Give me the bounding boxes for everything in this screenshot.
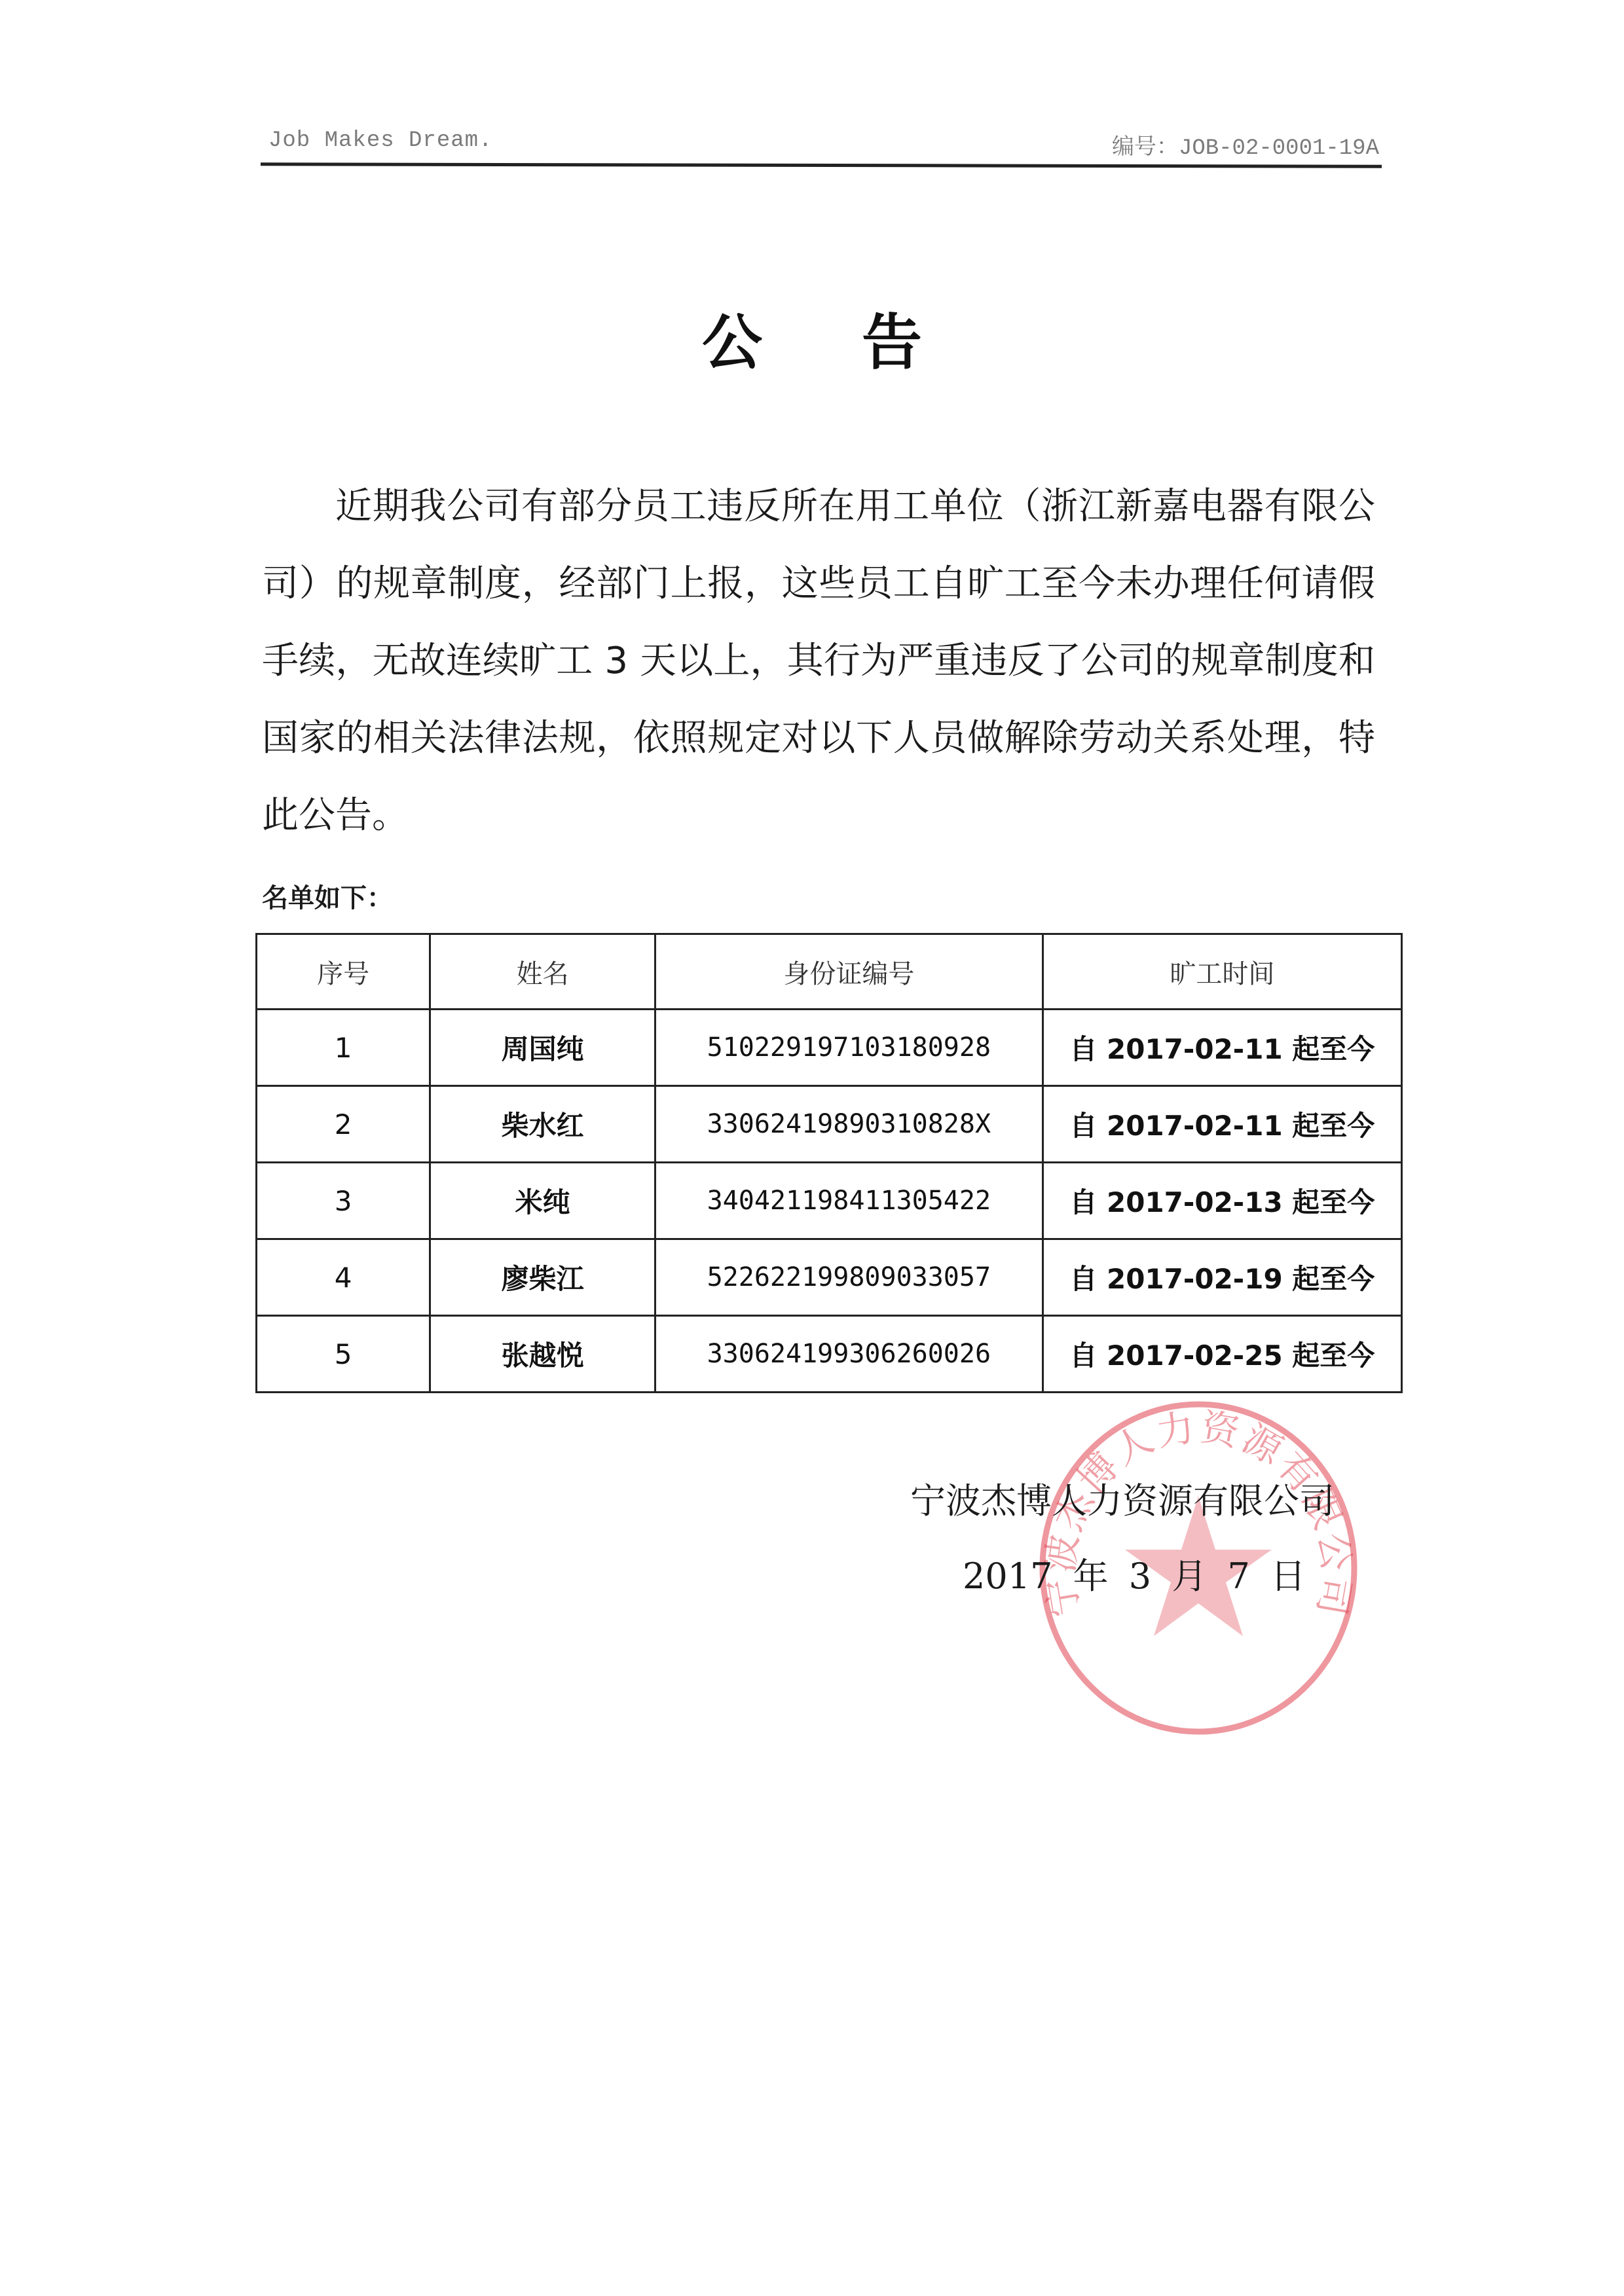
cell-absence-period: 自 2017-02-19 起至今 <box>1043 1239 1401 1316</box>
cell-absence-period: 自 2017-02-11 起至今 <box>1043 1010 1401 1086</box>
table-row: 1 周国纯 510229197103180928 自 2017-02-11 起至… <box>257 1010 1402 1086</box>
cell-number: 5 <box>257 1316 430 1393</box>
header-slogan: Job Makes Dream. <box>268 128 492 153</box>
cell-name: 张越悦 <box>430 1316 655 1393</box>
page-header: Job Makes Dream. 编号：JOB-02-0001-19A <box>261 124 1379 164</box>
document-number-label: 编号： <box>1112 136 1179 161</box>
cell-id-number: 522622199809033057 <box>655 1239 1043 1316</box>
table-row: 2 柴水红 33062419890310828X 自 2017-02-11 起至… <box>257 1086 1402 1163</box>
cell-name: 米纯 <box>430 1163 655 1239</box>
cell-id-number: 340421198411305422 <box>655 1163 1043 1239</box>
table-header-row: 序号 姓名 身份证编号 旷工时间 <box>257 934 1402 1010</box>
announcement-body: 近期我公司有部分员工违反所在用工单位（浙江新嘉电器有限公司）的规章制度，经部门上… <box>262 468 1375 854</box>
cell-number: 1 <box>257 1010 430 1086</box>
issuing-company: 宁波杰博人力资源有限公司 <box>910 1473 1335 1523</box>
cell-number: 3 <box>257 1163 430 1239</box>
column-header-absence-period: 旷工时间 <box>1043 934 1401 1010</box>
page-title: 公 告 <box>0 295 1624 381</box>
cell-number: 4 <box>257 1239 430 1316</box>
cell-id-number: 330624199306260026 <box>655 1316 1043 1393</box>
dismissal-table: 序号 姓名 身份证编号 旷工时间 1 周国纯 51022919710318092… <box>255 933 1403 1393</box>
cell-name: 周国纯 <box>430 1010 655 1086</box>
column-header-name: 姓名 <box>430 934 655 1010</box>
table-row: 5 张越悦 330624199306260026 自 2017-02-25 起至… <box>257 1316 1402 1393</box>
table-row: 4 廖柴江 522622199809033057 自 2017-02-19 起至… <box>257 1239 1402 1316</box>
cell-name: 柴水红 <box>430 1086 655 1163</box>
document-number: 编号：JOB-02-0001-19A <box>1112 128 1379 161</box>
cell-absence-period: 自 2017-02-13 起至今 <box>1043 1163 1401 1239</box>
cell-number: 2 <box>257 1086 430 1163</box>
list-label: 名单如下： <box>262 877 393 915</box>
cell-name: 廖柴江 <box>430 1239 655 1316</box>
issue-date: 2017 年 3 月 7 日 <box>963 1548 1306 1599</box>
cell-id-number: 33062419890310828X <box>655 1086 1043 1163</box>
cell-id-number: 510229197103180928 <box>655 1010 1043 1086</box>
table-row: 3 米纯 340421198411305422 自 2017-02-13 起至今 <box>257 1163 1402 1239</box>
cell-absence-period: 自 2017-02-11 起至今 <box>1043 1086 1401 1163</box>
document-number-value: JOB-02-0001-19A <box>1179 136 1379 161</box>
cell-absence-period: 自 2017-02-25 起至今 <box>1043 1316 1401 1393</box>
column-header-number: 序号 <box>257 934 430 1010</box>
column-header-id: 身份证编号 <box>655 934 1043 1010</box>
